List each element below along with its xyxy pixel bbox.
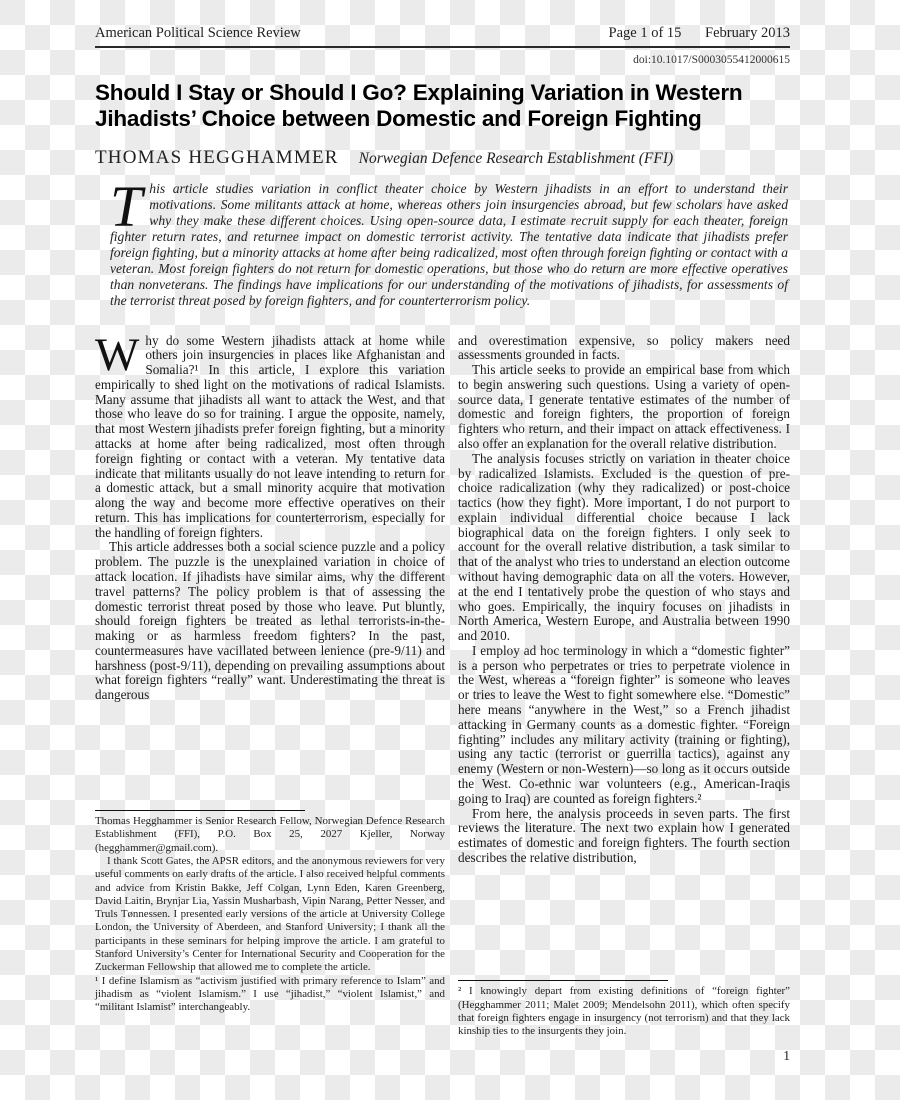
header-rule bbox=[95, 46, 790, 48]
journal-name: American Political Science Review bbox=[95, 25, 301, 42]
acknowledgments-footnote: I thank Scott Gates, the APSR editors, a… bbox=[95, 855, 445, 975]
body-paragraph: I employ ad hoc terminology in which a “… bbox=[458, 644, 790, 807]
issue-date: February 2013 bbox=[705, 25, 790, 41]
body-dropcap: W bbox=[95, 334, 145, 374]
author-bio-footnote: Thomas Hegghammer is Senior Research Fel… bbox=[95, 815, 445, 855]
author-row: THOMAS HEGGHAMMER Norwegian Defence Rese… bbox=[95, 147, 790, 169]
page-info: Page 1 of 15 bbox=[609, 25, 682, 41]
article-title: Should I Stay or Should I Go? Explaining… bbox=[95, 80, 790, 132]
doi: doi:10.1017/S0003055412000615 bbox=[95, 54, 790, 66]
paragraph-text: hy do some Western jihadists attack at h… bbox=[95, 333, 445, 540]
author-affiliation: Norwegian Defence Research Establishment… bbox=[359, 150, 674, 167]
footnote-1: ¹ I define Islamism as “activism justifi… bbox=[95, 975, 445, 1015]
body-paragraph: Why do some Western jihadists attack at … bbox=[95, 334, 445, 541]
header-right: Page 1 of 15 February 2013 bbox=[609, 25, 790, 42]
abstract: This article studies variation in confli… bbox=[110, 181, 788, 309]
left-footnotes: Thomas Hegghammer is Senior Research Fel… bbox=[95, 810, 445, 1014]
left-column: Why do some Western jihadists attack at … bbox=[95, 334, 445, 1039]
body-paragraph: and overestimation expensive, so policy … bbox=[458, 334, 790, 364]
right-column: and overestimation expensive, so policy … bbox=[458, 334, 790, 1039]
body-paragraph: The analysis focuses strictly on variati… bbox=[458, 452, 790, 644]
footnote-2: ² I knowingly depart from existing defin… bbox=[458, 985, 790, 1038]
right-footnotes: ² I knowingly depart from existing defin… bbox=[458, 980, 790, 1038]
footnote-rule bbox=[458, 980, 668, 981]
article-body: Why do some Western jihadists attack at … bbox=[95, 334, 790, 1039]
author-name: THOMAS HEGGHAMMER bbox=[95, 147, 339, 168]
abstract-dropcap: T bbox=[110, 181, 149, 228]
body-paragraph: This article addresses both a social sci… bbox=[95, 540, 445, 703]
body-paragraph: From here, the analysis proceeds in seve… bbox=[458, 807, 790, 866]
article-page: American Political Science Review Page 1… bbox=[95, 25, 790, 1039]
body-paragraph: This article seeks to provide an empiric… bbox=[458, 363, 790, 452]
abstract-text: his article studies variation in conflic… bbox=[110, 181, 788, 308]
page-number: 1 bbox=[783, 1048, 790, 1064]
footnote-rule bbox=[95, 810, 305, 811]
running-header: American Political Science Review Page 1… bbox=[95, 25, 790, 42]
